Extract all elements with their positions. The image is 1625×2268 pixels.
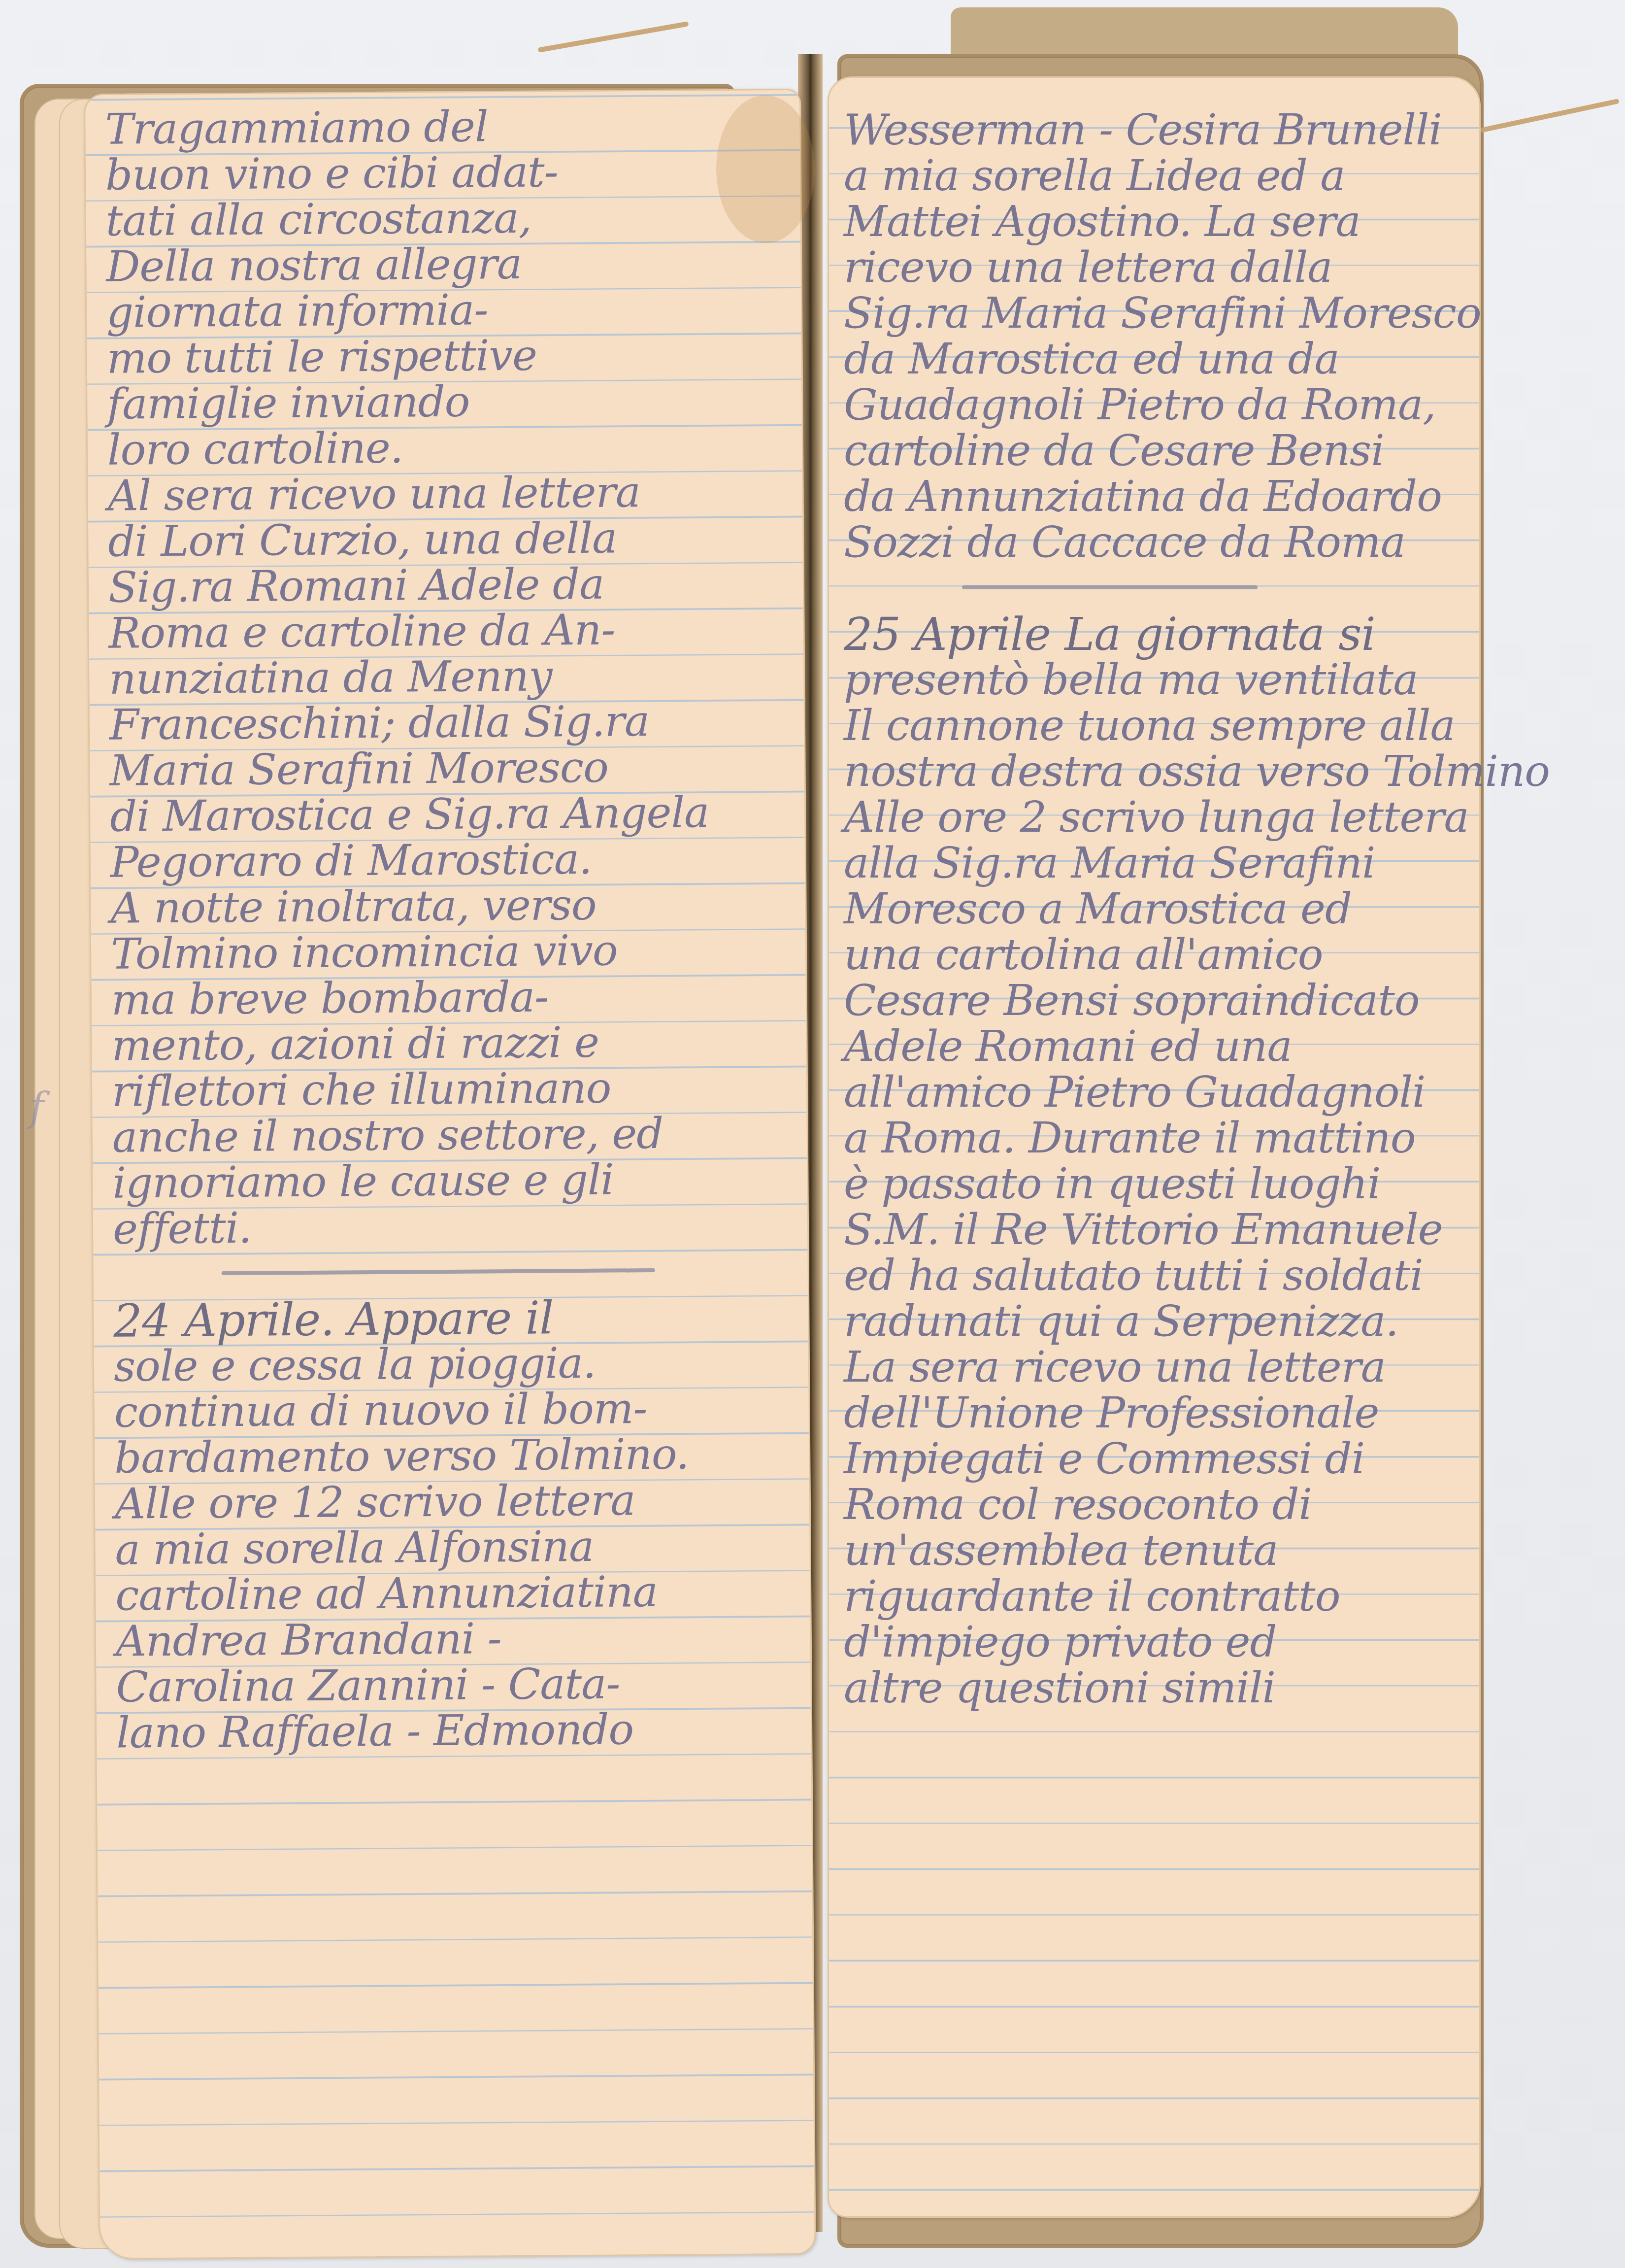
text-line: altre questioni simili: [844, 1665, 1479, 1711]
left-page: Tragammiamo del buon vino e cibi adat- t…: [84, 89, 816, 2260]
text-line: A notte inoltrata, verso: [110, 881, 805, 932]
text-line: ed ha salutato tutti i soldati: [844, 1253, 1479, 1299]
text-line: Alle ore 12 scrivo lettera: [115, 1477, 810, 1527]
text-line: ricevo una lettera dalla: [844, 245, 1479, 291]
text-line: Al sera ricevo una lettera: [107, 469, 802, 519]
text-line: da Marostica ed una da: [844, 337, 1479, 382]
text-line: anche il nostro settore, ed: [112, 1110, 807, 1161]
text-line: di Marostica e Sig.ra Angela: [110, 789, 805, 840]
text-line: alla Sig.ra Maria Serafini: [844, 841, 1479, 886]
text-line: di Lori Curzio, una della: [108, 514, 803, 565]
text-line: effetti.: [113, 1202, 808, 1252]
text-line: Della nostra allegra: [106, 239, 801, 290]
text-line: loro cartoline.: [107, 423, 802, 474]
text-line: S.M. il Re Vittorio Emanuele: [844, 1207, 1479, 1253]
text-line: giornata informia-: [106, 285, 801, 336]
entry-24-aprile-heading: 24 Aprile. Appare il: [113, 1293, 808, 1344]
text-line: Franceschini; dalla Sig.ra: [109, 698, 804, 748]
text-line: Sozzi da Caccace da Roma: [844, 520, 1479, 566]
text-line: ignoriamo le cause e gli: [112, 1156, 807, 1207]
text-line: Moresco a Marostica ed: [844, 886, 1479, 932]
text-line: una cartolina all'amico: [844, 932, 1479, 978]
text-line: famiglie inviando: [107, 377, 802, 428]
text-line: Alle ore 2 scrivo lunga lettera: [844, 795, 1479, 841]
text-line: Maria Serafini Moresco: [109, 744, 804, 794]
text-line: presentò bella ma ventilata: [844, 657, 1479, 703]
text-line: radunati qui a Serpenizza.: [844, 1299, 1479, 1345]
text-line: a mia sorella Alfonsina: [115, 1523, 810, 1573]
text-line: Roma col resoconto di: [844, 1482, 1479, 1528]
text-line: bardamento verso Tolmino.: [114, 1431, 809, 1482]
text-line: un'assemblea tenuta: [844, 1528, 1479, 1574]
text-line: cartoline da Cesare Bensi: [844, 428, 1479, 474]
text-line: d'impiego privato ed: [844, 1620, 1479, 1665]
text-line: mento, azioni di razzi e: [111, 1018, 806, 1069]
text-line: all'amico Pietro Guadagnoli: [844, 1070, 1479, 1116]
text-line: Mattei Agostino. La sera: [844, 199, 1479, 245]
text-line: lano Raffaela - Edmondo: [116, 1706, 811, 1757]
text-line: Andrea Brandani -: [116, 1614, 811, 1665]
text-line: mo tutti le rispettive: [106, 331, 801, 382]
left-page-text: Tragammiamo del buon vino e cibi adat- t…: [85, 102, 811, 1757]
text-line: Pegoraro di Marostica.: [110, 835, 805, 886]
margin-fragments: f: [30, 1084, 44, 1130]
text-line: riflettori che illuminano: [112, 1064, 807, 1115]
text-line: nunziatina da Menny: [109, 652, 804, 703]
blank-line: [844, 566, 1479, 611]
text-line: da Annunziatina da Edoardo: [844, 474, 1479, 520]
text-line: Tragammiamo del: [105, 102, 800, 153]
text-line: Adele Romani ed una: [844, 1024, 1479, 1070]
text-line: dell'Unione Professionale: [844, 1390, 1479, 1436]
text-line: Wesserman - Cesira Brunelli: [844, 107, 1479, 153]
text-line: Roma e cartoline da An-: [108, 606, 803, 657]
entry-25-aprile-heading: 25 Aprile La giornata si: [844, 611, 1479, 657]
text-line: a mia sorella Lidea ed a: [844, 153, 1479, 199]
text-line: tati alla circostanza,: [105, 194, 800, 244]
text-line: sole e cessa la pioggia.: [114, 1339, 809, 1390]
blank-line: [113, 1248, 808, 1298]
text-line: La sera ricevo una lettera: [844, 1345, 1479, 1390]
text-line: Sig.ra Romani Adele da: [108, 560, 803, 611]
text-line: continua di nuovo il bom-: [114, 1385, 809, 1436]
text-line: Guadagnoli Pietro da Roma,: [844, 382, 1479, 428]
text-line: cartoline ad Annunziatina: [115, 1568, 810, 1619]
text-line: buon vino e cibi adat-: [105, 148, 800, 199]
text-line: nostra destra ossia verso Tolmino: [844, 749, 1479, 795]
text-line: Impiegati e Commessi di: [844, 1436, 1479, 1482]
text-line: Carolina Zannini - Cata-: [116, 1660, 811, 1711]
text-line: è passato in questi luoghi: [844, 1161, 1479, 1207]
text-line: a Roma. Durante il mattino: [844, 1116, 1479, 1161]
text-line: ma breve bombarda-: [111, 973, 806, 1023]
text-line: Tolmino incomincia vivo: [111, 927, 806, 978]
right-page-text: Wesserman - Cesira Brunelli a mia sorell…: [829, 107, 1479, 1711]
text-line: Il cannone tuona sempre alla: [844, 703, 1479, 749]
right-page: Wesserman - Cesira Brunelli a mia sorell…: [828, 76, 1481, 2218]
text-line: Cesare Bensi sopraindicato: [844, 978, 1479, 1024]
text-line: Sig.ra Maria Serafini Moresco: [844, 291, 1479, 337]
text-line: riguardante il contratto: [844, 1574, 1479, 1620]
